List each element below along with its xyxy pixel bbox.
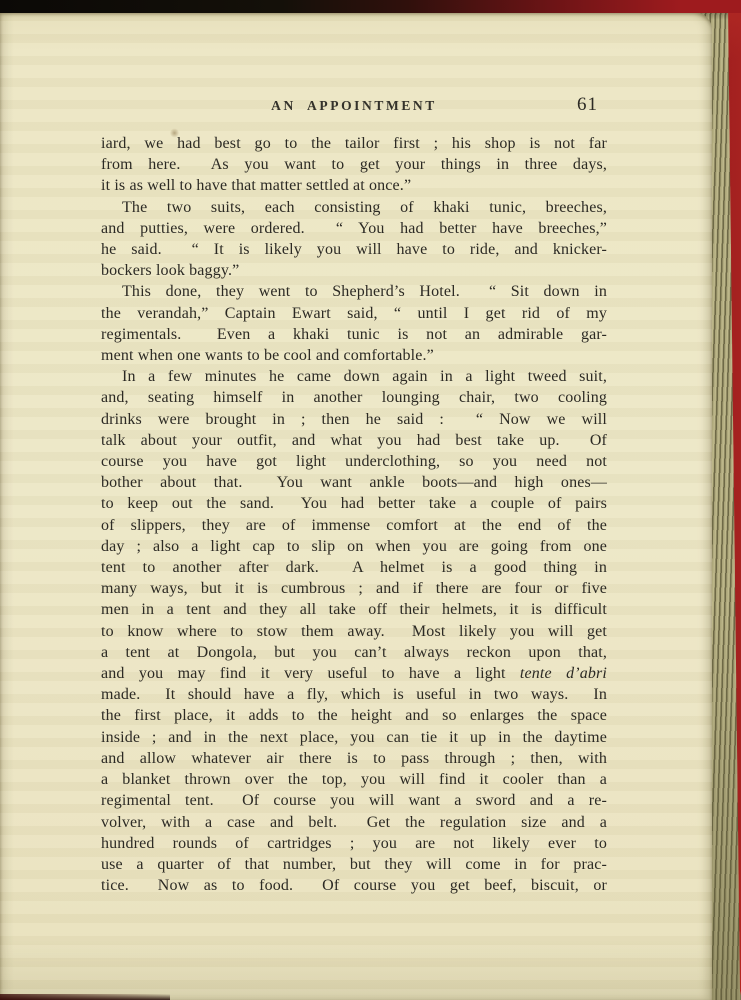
text-line: of slippers, they are of immense comfort… [101, 515, 607, 536]
text-line: tice. Now as to food. Of course you get … [101, 875, 607, 896]
text-line: talk about your outfit, and what you had… [101, 430, 607, 451]
text-line: and allow whatever air there is to pass … [101, 748, 607, 769]
text-line: regimentals. Even a khaki tunic is not a… [101, 324, 607, 345]
text-line: and you may find it very useful to have … [101, 663, 607, 684]
text-line: drinks were brought in ; then he said : … [101, 409, 607, 430]
text-line: to keep out the sand. You had better tak… [101, 493, 607, 514]
text-line: and, seating himself in another lounging… [101, 387, 607, 408]
text-line: inside ; and in the next place, you can … [101, 727, 607, 748]
page-title: AN APPOINTMENT [271, 98, 437, 114]
italic-phrase: tente d’abri [520, 665, 607, 682]
text-line: many ways, but it is cumbrous ; and if t… [101, 578, 607, 599]
text-line: to know where to stow them away. Most li… [101, 621, 607, 642]
text-line: volver, with a case and belt. Get the re… [101, 812, 607, 833]
text-line: bother about that. You want ankle boots—… [101, 472, 607, 493]
page-body: iard, we had best go to the tailor first… [101, 133, 607, 896]
text-line: tent to another after dark. A helmet is … [101, 557, 607, 578]
page-text-block: AN APPOINTMENT 61 iard, we had best go t… [101, 98, 607, 896]
scan-bottom-shadow [0, 994, 170, 1000]
text-line: In a few minutes he came down again in a… [101, 366, 607, 387]
text-line: he said. “ It is likely you will have to… [101, 239, 607, 260]
text-line: the first place, it adds to the height a… [101, 705, 607, 726]
text-line: a blanket thrown over the top, you will … [101, 769, 607, 790]
text-line: the verandah,” Captain Ewart said, “ unt… [101, 303, 607, 324]
text-line: a tent at Dongola, but you can’t always … [101, 642, 607, 663]
text-line: The two suits, each consisting of khaki … [101, 197, 607, 218]
text-line: made. It should have a fly, which is use… [101, 684, 607, 705]
text-line: it is as well to have that matter settle… [101, 175, 607, 196]
text-line: ment when one wants to be cool and comfo… [101, 345, 607, 366]
scan-top-shadow [0, 0, 741, 13]
text-line: course you have got light underclothing,… [101, 451, 607, 472]
scanned-book-photo: AN APPOINTMENT 61 iard, we had best go t… [0, 0, 741, 1000]
text-line: iard, we had best go to the tailor first… [101, 133, 607, 154]
text-line: hundred rounds of cartridges ; you are n… [101, 833, 607, 854]
text-line: This done, they went to Shepherd’s Hotel… [101, 281, 607, 302]
text-line: use a quarter of that number, but they w… [101, 854, 607, 875]
text-line: men in a tent and they all take off thei… [101, 599, 607, 620]
text-line: regimental tent. Of course you will want… [101, 790, 607, 811]
running-head: AN APPOINTMENT 61 [101, 98, 607, 124]
text-line: day ; also a light cap to slip on when y… [101, 536, 607, 557]
text-line: and putties, were ordered. “ You had bet… [101, 218, 607, 239]
text-line: from here. As you want to get your thing… [101, 154, 607, 175]
text-line: bockers look baggy.” [101, 260, 607, 281]
page-number: 61 [577, 94, 598, 116]
